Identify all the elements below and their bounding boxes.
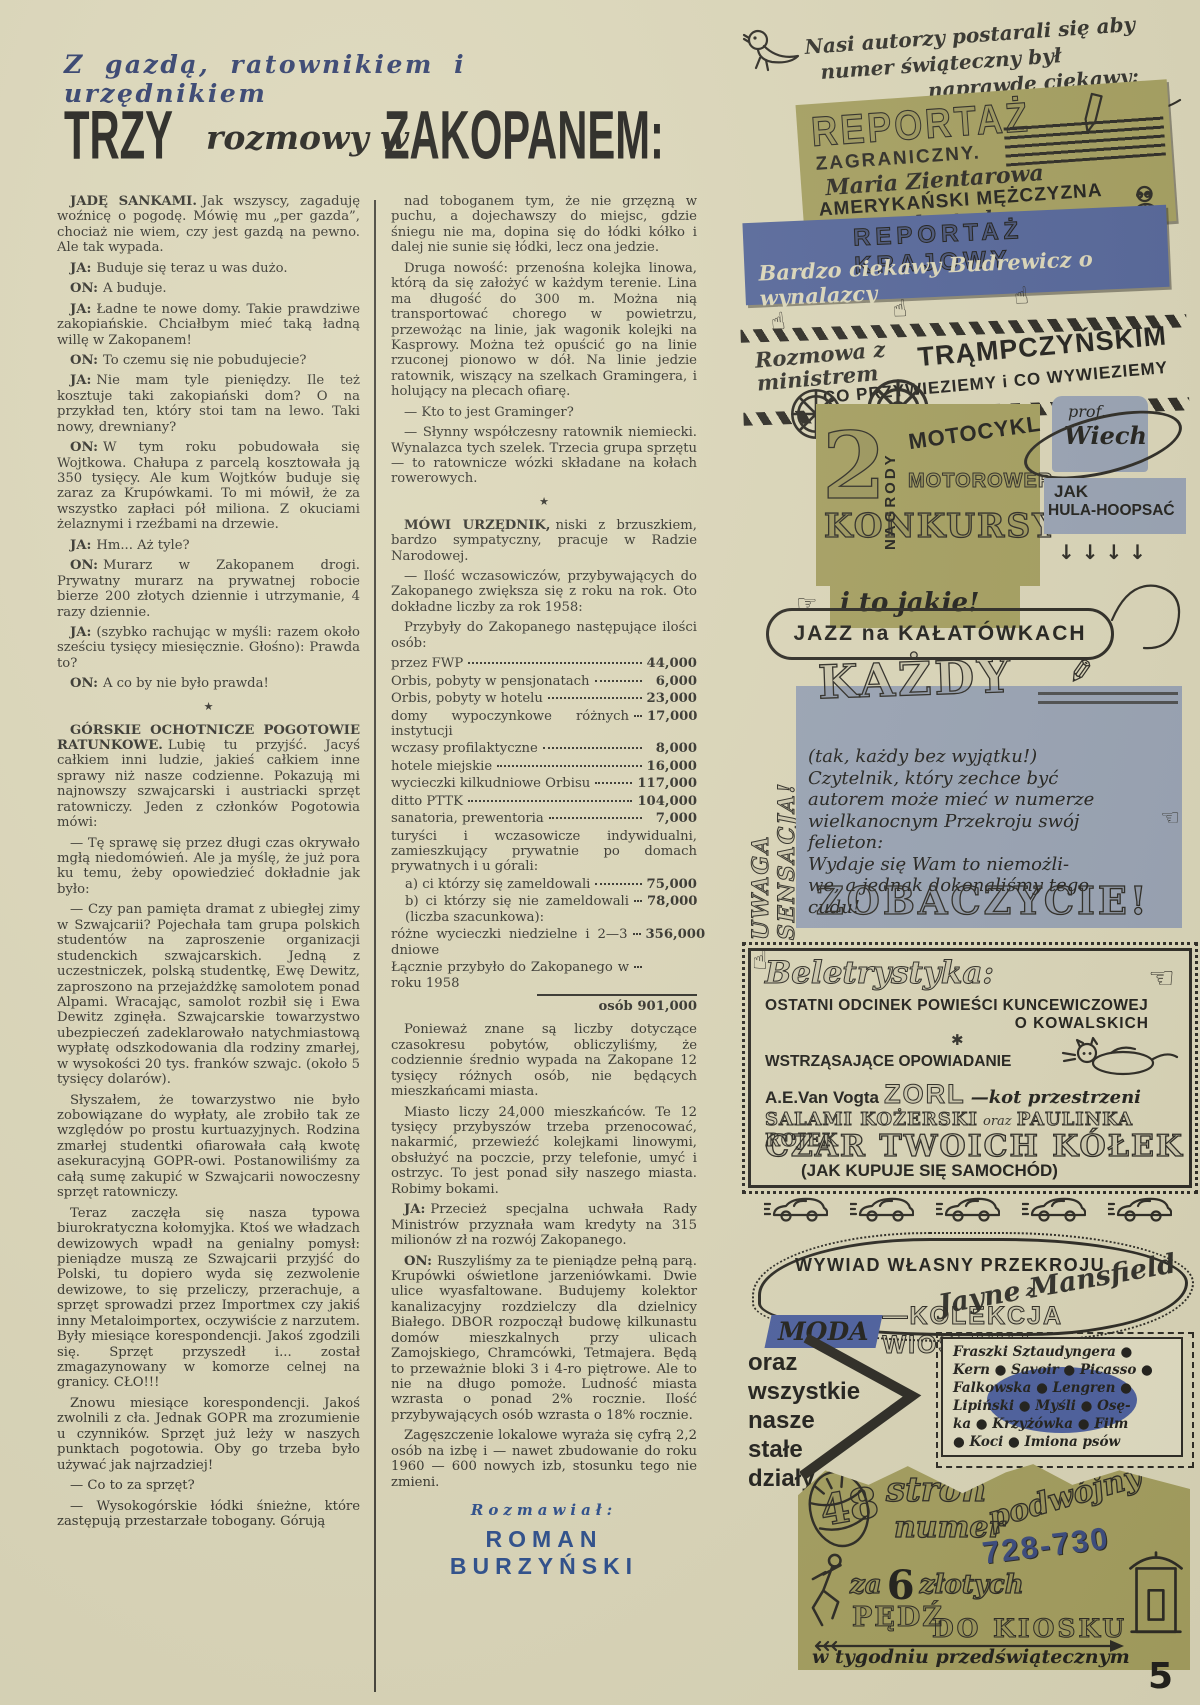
table-row: sanatoria, prewentoria7,000 — [391, 811, 697, 826]
paragraph: Przybyły do Zakopanego następujące ilośc… — [391, 620, 697, 651]
car-icon — [1022, 1192, 1086, 1222]
paragraph: ON:A co by nie było prawda! — [57, 676, 360, 691]
paragraph: JA:(szybko rachując w myśli: razem około… — [57, 625, 360, 671]
article-column-2: nad toboganem tym, że nie grzęzną w puch… — [391, 194, 697, 1579]
cars-row — [764, 1192, 1172, 1222]
promo-zorl-row: A.E.Van Vogta ZORL —kot przestrzeni — [765, 1079, 1141, 1110]
paragraph: ON:A buduje. — [57, 281, 360, 296]
paragraph: JA:Nie mam tyle pieniędzy. Ile też koszt… — [57, 373, 360, 435]
article-column-1: JADĘ SANKAMI.Jak wszyscy, zagaduję woźni… — [57, 194, 360, 1534]
paragraph: Druga nowość: przenośna kolejka linowa, … — [391, 261, 697, 400]
promo-wiech-title: JAK HULA-HOOPSAĆ — [1044, 478, 1186, 534]
paragraph: GÓRSKIE OCHOTNICZE POGOTOWIE RATUNKOWE.L… — [57, 723, 360, 831]
pencil-icon: ✎ — [1058, 654, 1100, 687]
promo-48-stron: 48 stron numer podwójny 728-730 za 6 zło… — [798, 1462, 1190, 1670]
paragraph: MÓWI URZĘDNIK,niski z brzuszkiem, bardzo… — [391, 518, 697, 564]
article-title-zakopanem: ZAKOPANEM: — [384, 96, 773, 163]
table-row: domy wypoczynkowe różnych instytucji17,0… — [391, 709, 697, 740]
paragraph: Teraz zaczęła się nasza typowa biurokrat… — [57, 1206, 360, 1391]
car-icon — [850, 1192, 914, 1222]
promo-stron: stron — [886, 1470, 986, 1510]
asterisk-icon: ✱ — [951, 1031, 964, 1049]
table-row: a) ci którzy się zameldowali75,000 — [391, 877, 697, 892]
paragraph: JADĘ SANKAMI.Jak wszyscy, zagaduję woźni… — [57, 194, 360, 256]
table-row: turyści i wczasowicze indywidualni, zami… — [391, 829, 697, 875]
section-divider-star-icon: ★ — [391, 496, 697, 509]
paragraph: — Tę sprawę się przez długi czas okrywał… — [57, 836, 360, 898]
paragraph: JA:Hm... Aż tyle? — [57, 538, 360, 553]
paragraph: — Czy pan pamięta dramat z ubiegłej zimy… — [57, 902, 360, 1087]
promo-line: OSTATNI ODCINEK POWIEŚCI KUNCEWICZOWEJ — [765, 997, 1148, 1015]
paragraph: ON:Ruszyliśmy za te pieniądze pełną parą… — [391, 1254, 697, 1424]
byline-author: ROMAN BURZYŃSKI — [391, 1526, 697, 1580]
table-row: różne wycieczki niedzielne i 2—3 dniowe3… — [391, 927, 697, 958]
article-title-mid: rozmowy w — [206, 118, 409, 157]
promo-konkursy: 2 NAGRODY MOTOCYKL MOTOROWER KONKURSY — [816, 404, 1040, 586]
paragraph: JA:Przecież specjalna uchwała Rady Minis… — [391, 1202, 697, 1248]
runner-icon — [806, 1548, 852, 1640]
bird-icon — [742, 28, 800, 72]
paragraph: ON:To czemu się nie pobudujecie? — [57, 353, 360, 368]
dzialy-names: Fraszki Sztaudyngera ● Kern ● Savoir ● P… — [953, 1343, 1153, 1451]
promo-pedz: PĘDŹ — [852, 1602, 944, 1633]
promo-kazdy-title: KAŻDY — [817, 649, 1014, 710]
promo-dzialy-box: Fraszki Sztaudyngera ● Kern ● Savoir ● P… — [936, 1332, 1194, 1468]
arrows-down-icon: ↓ ↓ ↓ ↓ — [1058, 540, 1146, 564]
promo-title: Beletrystyka: — [765, 955, 994, 991]
paragraph: Zagęszczenie lokalowe wyraża się cyfrą 2… — [391, 1428, 697, 1490]
kiosk-icon — [1128, 1550, 1184, 1638]
column-divider — [374, 200, 376, 1692]
promo-zobaczycie: ZOBACZYCIE! — [816, 878, 1150, 923]
page-number: 5 — [1148, 1656, 1173, 1697]
promo-prize-1: MOTOCYKL — [907, 411, 1043, 455]
table-row: hotele miejskie16,000 — [391, 759, 697, 774]
magazine-page: Z gazdą, ratownikiem i urzędnikiem TRZY … — [0, 0, 1200, 1705]
paragraph: ON:W tym roku pobudowała się Wojtkowa. C… — [57, 440, 360, 533]
paragraph: — Kto to jest Graminger? — [391, 405, 697, 420]
table-row: b) ci którzy się nie zameldowali (liczba… — [391, 894, 697, 925]
promo-line: O KOWALSKICH — [1015, 1015, 1149, 1033]
paragraph: — Ilość wczasowiczów, przybywających do … — [391, 569, 697, 615]
paragraph: Słyszałem, że towarzystwo nie było zobow… — [57, 1093, 360, 1201]
ribbon-curl-icon — [1108, 576, 1188, 666]
chevron-icon — [800, 1330, 930, 1480]
pointing-hand-icon: ☜ — [1148, 961, 1175, 996]
promo-title: KONKURSY — [824, 506, 1058, 545]
visitor-stats-table: przez FWP44,000 Orbis, pobyty w pensjona… — [391, 656, 697, 1014]
table-total-row: osób 901,000 — [391, 994, 697, 1014]
paragraph: JA:Buduje się teraz u was dużo. — [57, 261, 360, 276]
promo-week: w tygodniu przedświątecznym — [812, 1646, 1130, 1668]
promo-czar-sub: (JAK KUPUJE SIĘ SAMOCHÓD) — [801, 1161, 1058, 1181]
table-row: Orbis, pobyty w pensjonatach6,000 — [391, 674, 697, 689]
table-row: wycieczki kilkudniowe Orbisu117,000 — [391, 776, 697, 791]
article-byline: Rozmawiał: ROMAN BURZYŃSKI — [391, 1502, 697, 1579]
paragraph: ON:Murarz w Zakopanem drogi. Prywatny mu… — [57, 558, 360, 620]
promo-czar-title: CZAR TWOICH KÓŁEK — [765, 1129, 1184, 1164]
car-icon — [1108, 1192, 1172, 1222]
table-row: przez FWP44,000 — [391, 656, 697, 671]
promo-beletrystyka: Beletrystyka: ☜ OSTATNI ODCINEK POWIEŚCI… — [748, 948, 1192, 1188]
promo-num: 48 — [816, 1477, 882, 1535]
promo-uwaga-sensacja: UWAGA SENSACJA! — [748, 700, 800, 940]
section-divider-star-icon: ★ — [57, 701, 360, 714]
paragraph: Ponieważ znane są liczby dotyczące czaso… — [391, 1022, 697, 1099]
byline-label: Rozmawiał: — [391, 1502, 697, 1520]
car-icon — [764, 1192, 828, 1222]
paragraph: — Wysokogórskie łódki śnieżne, które zas… — [57, 1499, 360, 1530]
table-row: ditto PTTK104,000 — [391, 794, 697, 809]
paragraph: nad toboganem tym, że nie grzęzną w puch… — [391, 194, 697, 256]
paragraph: Znowu miesiące korespondencji. Jakoś zwo… — [57, 1396, 360, 1473]
flying-cat-icon — [1061, 1035, 1181, 1083]
pointing-hand-icon: ☜ — [1160, 806, 1180, 831]
table-row: wczasy profilaktyczne8,000 — [391, 741, 697, 756]
paragraph: Miasto liczy 24,000 mieszkańców. Te 12 t… — [391, 1105, 697, 1198]
promo-number: 2 — [822, 420, 886, 512]
paragraph: — Słynny współczesny ratownik niemiecki.… — [391, 425, 697, 487]
torn-edge — [1038, 688, 1178, 704]
table-row: Orbis, pobyty w hotelu23,000 — [391, 691, 697, 706]
article-title-trzy: TRZY — [64, 96, 215, 163]
paragraph: JA:Ładne te nowe domy. Takie prawdziwe z… — [57, 302, 360, 348]
promo-line: WSTRZĄSAJĄCE OPOWIADANIE — [765, 1053, 1011, 1071]
paragraph: — Co to za sprzęt? — [57, 1478, 360, 1493]
car-icon — [936, 1192, 1000, 1222]
table-row: Łącznie przybyło do Zakopanego w roku 19… — [391, 960, 697, 991]
